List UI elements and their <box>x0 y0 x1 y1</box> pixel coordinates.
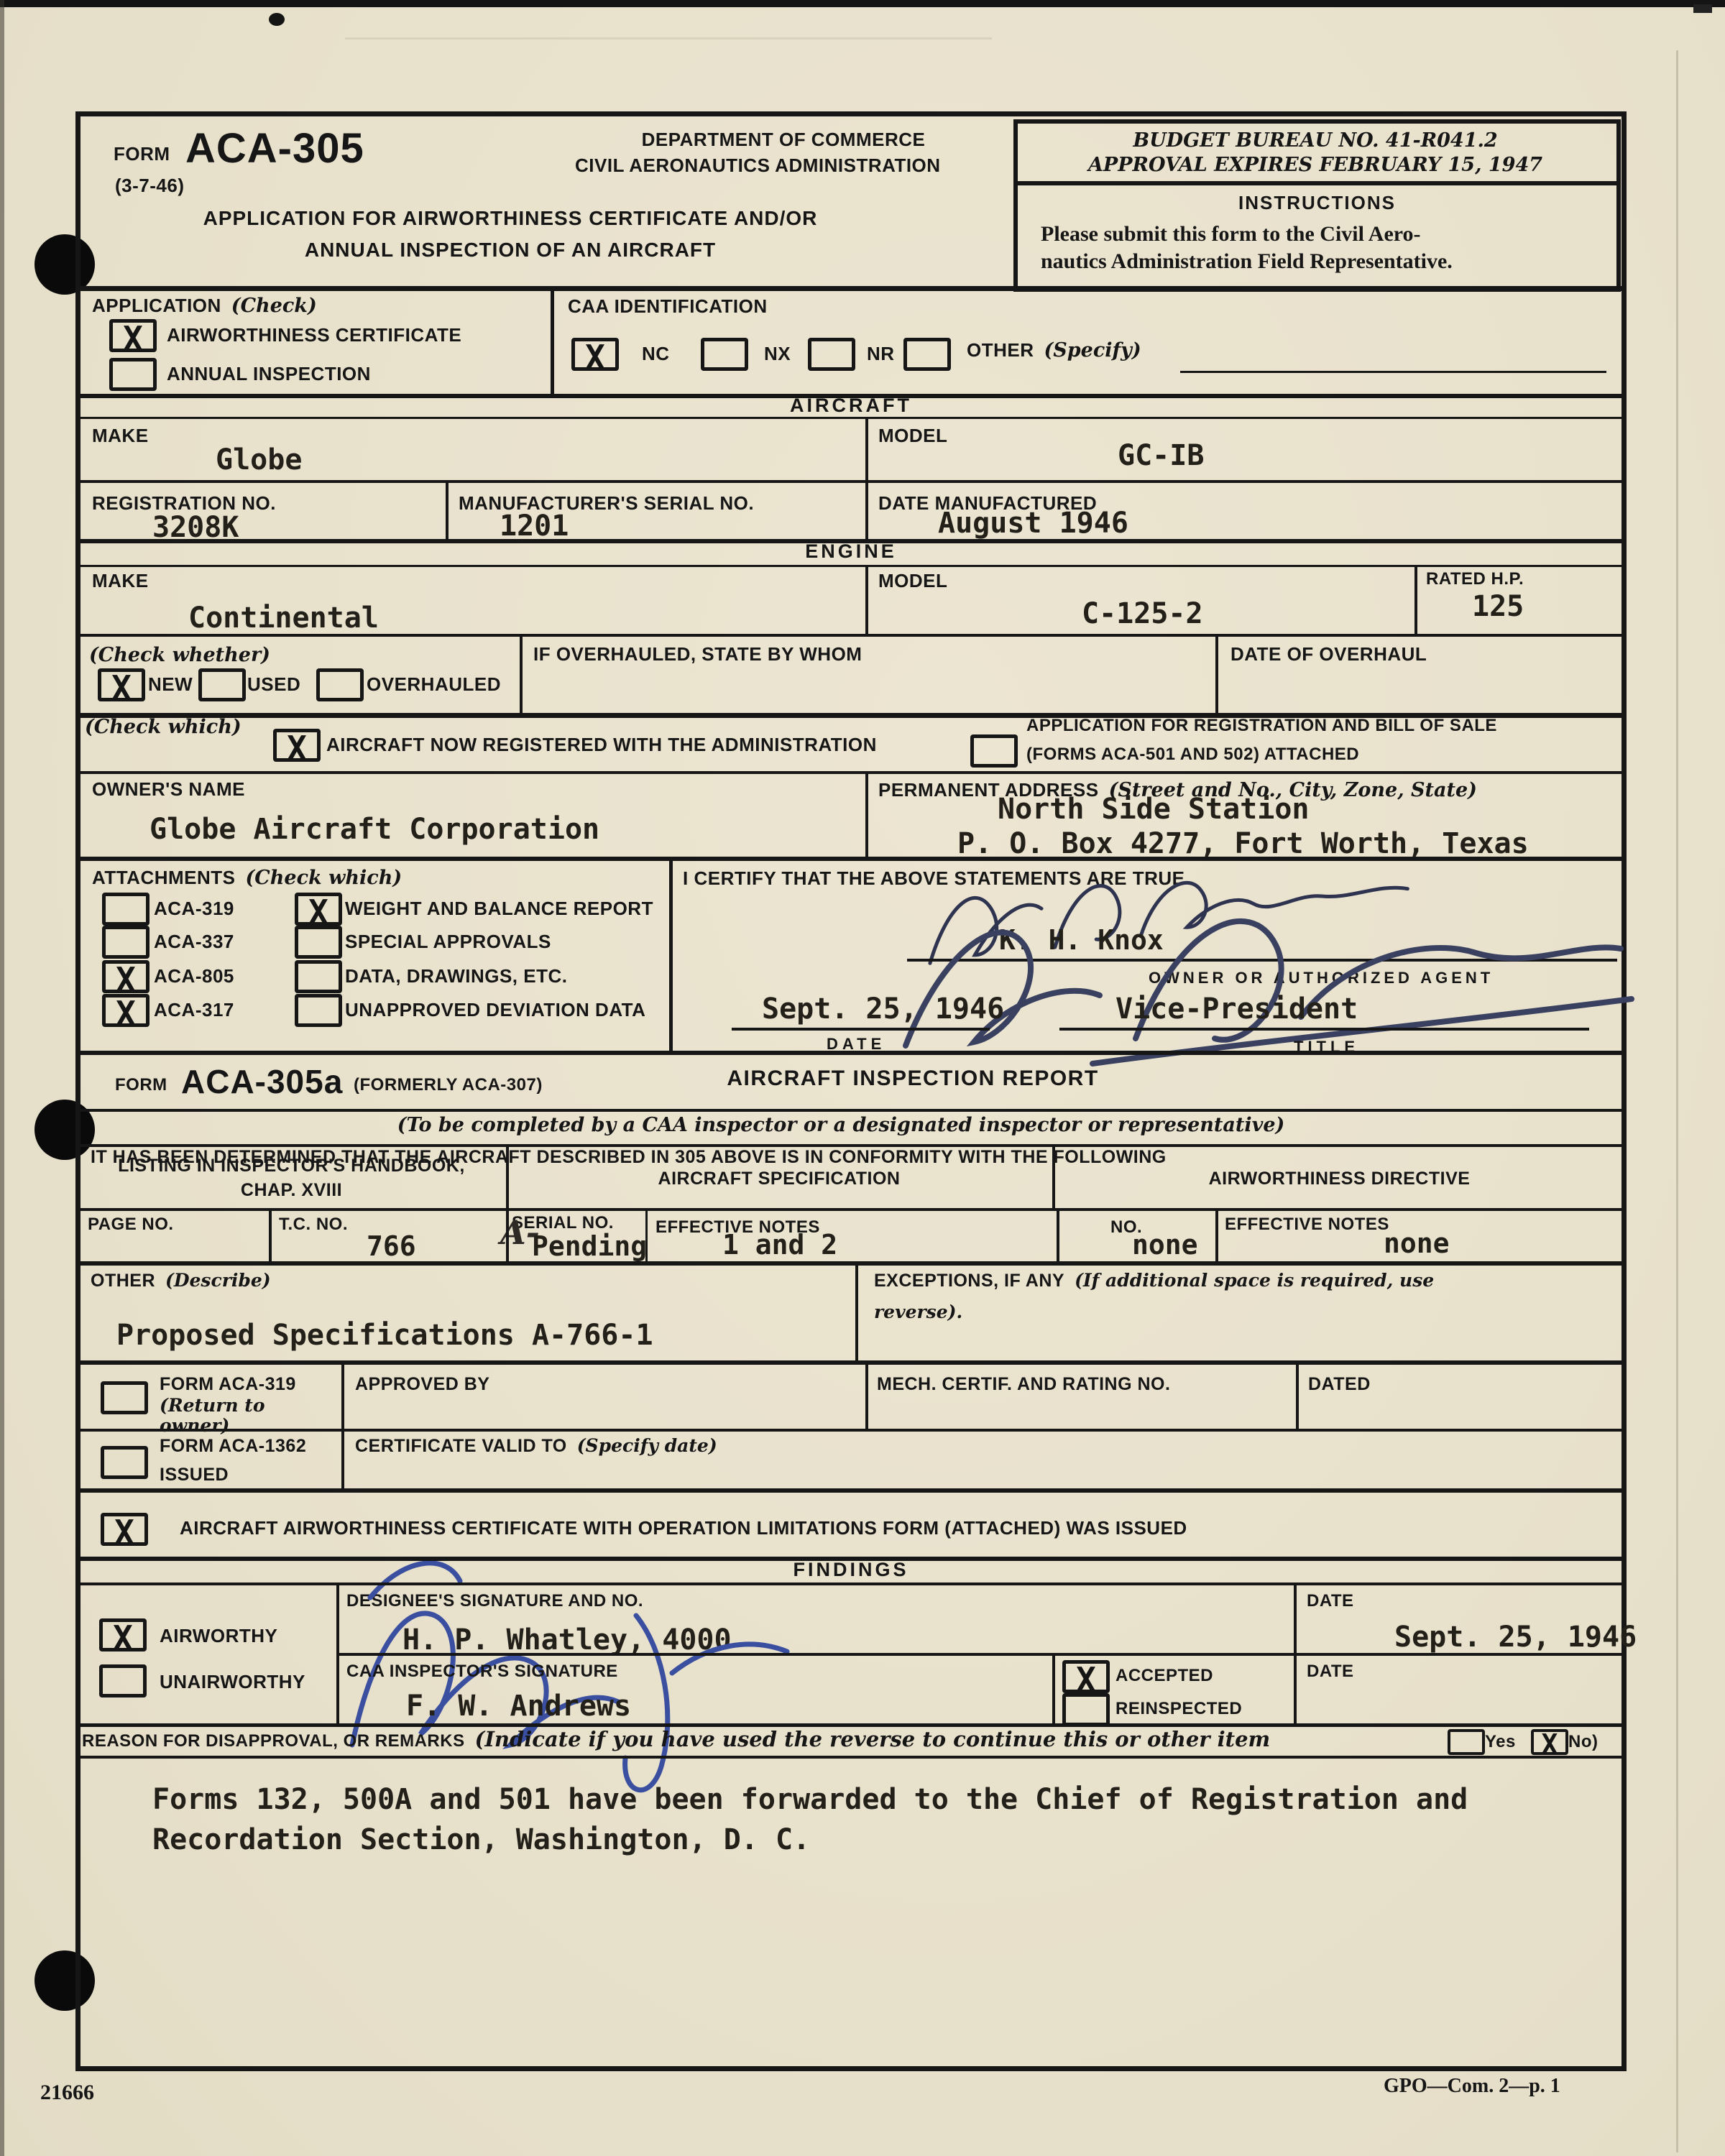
checkmark: X <box>113 1621 133 1654</box>
scan-speck <box>1693 4 1712 13</box>
special-approvals-label: SPECIAL APPROVALS <box>345 931 551 953</box>
divider <box>446 480 448 542</box>
divider <box>75 1109 1627 1112</box>
nr-checkbox[interactable] <box>808 338 855 371</box>
dept-line1: DEPARTMENT OF COMMERCE <box>575 129 992 151</box>
aca-317-checkbox[interactable]: X <box>102 994 149 1027</box>
data-drawings-checkbox[interactable] <box>295 960 342 993</box>
check-whether-note: (Check whether) <box>89 644 270 666</box>
scan-edge-left <box>0 0 4 2156</box>
divider <box>506 1208 509 1264</box>
exceptions-note2: reverse). <box>874 1302 962 1323</box>
form-aca-319-note1: (Return to <box>160 1396 265 1416</box>
divider <box>269 1208 272 1264</box>
accepted-label: ACCEPTED <box>1115 1666 1213 1686</box>
airworthiness-certificate-label: AIRWORTHINESS CERTIFICATE <box>167 325 461 346</box>
divider <box>669 857 673 1054</box>
remarks-no-checkbox[interactable]: X <box>1531 1729 1568 1755</box>
unapproved-deviation-label: UNAPPROVED DEVIATION DATA <box>345 1000 645 1021</box>
footer-gpo: GPO—Com. 2—p. 1 <box>1384 2074 1560 2099</box>
rated-hp-label: RATED H.P. <box>1426 569 1524 589</box>
aca-319-checkbox[interactable] <box>102 893 149 926</box>
inspection-report-title: AIRCRAFT INSPECTION REPORT <box>647 1067 1179 1092</box>
exceptions-label: EXCEPTIONS, IF ANY <box>874 1271 1064 1291</box>
remarks-note: (Indicate if you have used the reverse t… <box>475 1728 1271 1751</box>
annual-inspection-label: ANNUAL INSPECTION <box>167 364 371 385</box>
aca-805-label: ACA-805 <box>154 966 234 987</box>
aca-805-checkbox[interactable]: X <box>102 960 149 993</box>
tc-no-label: T.C. NO. <box>279 1215 348 1235</box>
nr-label: NR <box>867 344 895 365</box>
engine-overhauled-label: OVERHAULED <box>367 674 501 696</box>
form-title-line2: ANNUAL INSPECTION OF AN AIRCRAFT <box>97 239 924 262</box>
certificate-valid-note: (Specify date) <box>577 1436 717 1457</box>
registration-application-line2: (FORMS ACA-501 AND 502) ATTACHED <box>1026 745 1359 765</box>
divider <box>865 480 868 542</box>
form-aca-1362-checkbox[interactable] <box>101 1446 148 1479</box>
certificate-valid-label: CERTIFICATE VALID TO <box>355 1436 567 1457</box>
scanned-form-page: FORM ACA-305 (3-7-46) DEPARTMENT OF COMM… <box>0 0 1725 2156</box>
divider <box>336 1653 1627 1656</box>
form-title-line1: APPLICATION FOR AIRWORTHINESS CERTIFICAT… <box>97 207 924 230</box>
divider <box>645 1208 648 1264</box>
serial-value: Pending <box>532 1232 647 1262</box>
footer-serial: 21666 <box>40 2078 94 2106</box>
form-aca-319-checkbox[interactable] <box>101 1381 148 1414</box>
divider <box>855 1261 858 1363</box>
engine-new-checkbox[interactable]: X <box>98 668 145 701</box>
airworthiness-directive-header: AIRWORTHINESS DIRECTIVE <box>1052 1169 1627 1189</box>
registration-application-line1: APPLICATION FOR REGISTRATION AND BILL OF… <box>1026 716 1497 736</box>
reinspected-checkbox[interactable] <box>1062 1693 1110 1726</box>
scan-edge-top <box>0 0 1725 7</box>
dept-line2: CIVIL AERONAUTICS ADMINISTRATION <box>575 155 941 177</box>
special-approvals-checkbox[interactable] <box>295 926 342 959</box>
directive-notes-value: none <box>1384 1229 1450 1259</box>
aircraft-model-label: MODEL <box>878 425 947 447</box>
page-no-label: PAGE NO. <box>88 1215 174 1235</box>
attachments-note: (Check which) <box>246 867 402 889</box>
divider <box>865 417 868 483</box>
certification-date-value: Sept. 25, 1946 <box>762 993 1004 1025</box>
checkmark: X <box>111 671 132 704</box>
aircraft-make-value: Globe <box>216 444 302 476</box>
agent-signature-smith <box>877 880 1639 1074</box>
other-specify-field[interactable] <box>1180 371 1606 373</box>
mfr-serial-value: 1201 <box>500 510 569 542</box>
form-aca-1362-issued-label: ISSUED <box>160 1465 229 1485</box>
aca-317-label: ACA-317 <box>154 1000 234 1021</box>
unapproved-deviation-checkbox[interactable] <box>295 994 342 1027</box>
divider <box>1294 1583 1297 1726</box>
budget-line1: BUDGET BUREAU NO. 41-R041.2 <box>1021 129 1610 152</box>
divider <box>75 713 1627 718</box>
scan-speck <box>269 13 285 26</box>
remarks-line1: Forms 132, 500A and 501 have been forwar… <box>152 1784 1468 1815</box>
findings-date2-label: DATE <box>1307 1662 1354 1682</box>
checkmark: X <box>123 322 143 355</box>
divider <box>75 1144 1627 1147</box>
airworthy-checkbox[interactable]: X <box>99 1618 147 1651</box>
attachments-label: ATTACHMENTS <box>92 867 236 889</box>
remarks-label: REASON FOR DISAPPROVAL, OR REMARKS <box>82 1731 465 1751</box>
form2-word: FORM <box>115 1075 167 1095</box>
divider <box>75 1583 1627 1585</box>
engine-section-title: ENGINE <box>75 541 1627 563</box>
other-label: OTHER <box>967 340 1034 361</box>
certification-date-field[interactable] <box>732 1028 990 1031</box>
divider <box>75 565 1627 567</box>
remarks-no-label: No) <box>1568 1732 1598 1752</box>
other-label-note: (Specify) <box>1044 339 1141 361</box>
form-aca-1362-label: FORM ACA-1362 <box>160 1436 306 1457</box>
findings-date-label: DATE <box>1307 1591 1354 1611</box>
certification-title-field[interactable] <box>1059 1028 1589 1031</box>
divider <box>75 394 1627 398</box>
divider <box>75 1429 1627 1432</box>
mech-certif-label: MECH. CERTIF. AND RATING NO. <box>877 1374 1170 1395</box>
form2-number: ACA-305a <box>181 1065 343 1098</box>
divider <box>75 857 1627 861</box>
aircraft-registered-checkbox[interactable]: X <box>273 729 321 762</box>
engine-make-label: MAKE <box>92 571 149 592</box>
nc-checkbox[interactable]: X <box>571 338 619 371</box>
engine-used-label: USED <box>247 674 300 696</box>
engine-used-checkbox[interactable] <box>198 668 246 701</box>
application-label-note: (Check) <box>231 295 317 317</box>
divider <box>1215 1208 1218 1264</box>
dated-label: DATED <box>1308 1374 1371 1395</box>
directive-notes-label: EFFECTIVE NOTES <box>1225 1215 1389 1235</box>
instructions-line2: nautics Administration Field Representat… <box>1041 247 1453 275</box>
caa-identification-label: CAA IDENTIFICATION <box>568 296 768 318</box>
engine-make-value: Continental <box>188 602 379 634</box>
checkmark: X <box>116 997 136 1030</box>
divider <box>75 1756 1627 1759</box>
checkmark: X <box>114 1516 134 1549</box>
divider <box>75 634 1627 637</box>
weight-balance-checkbox[interactable]: X <box>295 893 342 926</box>
effective-notes-value: 1 and 2 <box>722 1230 837 1261</box>
divider <box>506 1144 509 1211</box>
budget-line2: APPROVAL EXPIRES FEBRUARY 15, 1947 <box>1021 154 1610 176</box>
caa-inspector-signature-label: CAA INSPECTOR'S SIGNATURE <box>346 1662 618 1682</box>
engine-new-label: NEW <box>148 674 193 696</box>
divider <box>865 565 868 637</box>
airworthiness-issued-checkbox[interactable]: X <box>101 1513 148 1546</box>
date-of-overhaul-label: DATE OF OVERHAUL <box>1230 644 1427 665</box>
instructions-line1: Please submit this form to the Civil Aer… <box>1041 220 1421 248</box>
registration-application-checkbox[interactable] <box>970 734 1018 768</box>
engine-model-value: C-125-2 <box>1082 598 1203 630</box>
aca-337-label: ACA-337 <box>154 931 234 953</box>
checkmark: X <box>287 732 307 765</box>
divider <box>75 1208 1627 1211</box>
divider <box>865 771 868 857</box>
divider <box>1057 1208 1059 1264</box>
divider <box>75 1488 1627 1493</box>
form2-formerly: (FORMERLY ACA-307) <box>354 1075 543 1095</box>
divider <box>75 480 1627 483</box>
divider <box>75 1051 1627 1055</box>
instructions-title: INSTRUCTIONS <box>1013 193 1621 214</box>
divider <box>75 1723 1627 1727</box>
form-aca-319-label: FORM ACA-319 <box>160 1374 296 1395</box>
aca-337-checkbox[interactable] <box>102 926 149 959</box>
form-word: FORM <box>114 144 170 165</box>
findings-section-title: FINDINGS <box>75 1560 1627 1581</box>
data-drawings-label: DATA, DRAWINGS, ETC. <box>345 966 567 987</box>
divider <box>75 1557 1627 1561</box>
aircraft-section-title: AIRCRAFT <box>75 395 1627 417</box>
airworthiness-certificate-checkbox[interactable]: X <box>109 319 157 352</box>
divider <box>341 1360 344 1491</box>
check-which-note: (Check which) <box>85 716 241 738</box>
divider <box>75 771 1627 774</box>
findings-date-value: Sept. 25, 1946 <box>1394 1621 1637 1653</box>
nx-checkbox[interactable] <box>701 338 748 371</box>
listing-header-line1: LISTING IN INSPECTOR'S HANDBOOK, <box>85 1156 498 1176</box>
certification-title-value: Vice-President <box>1115 993 1358 1025</box>
aircraft-model-value: GC-IB <box>1118 440 1204 471</box>
aircraft-make-label: MAKE <box>92 425 149 447</box>
aircraft-spec-header: AIRCRAFT SPECIFICATION <box>506 1169 1052 1189</box>
checkmark: X <box>1076 1663 1096 1696</box>
remarks-yes-checkbox[interactable] <box>1448 1729 1485 1755</box>
rated-hp-value: 125 <box>1472 591 1524 622</box>
overhauled-by-whom-label: IF OVERHAULED, STATE BY WHOM <box>533 644 862 665</box>
divider <box>1414 565 1417 637</box>
checkmark: X <box>308 895 328 929</box>
divider <box>865 1360 868 1432</box>
divider <box>75 539 1627 543</box>
reinspected-label: REINSPECTED <box>1115 1699 1242 1719</box>
approved-by-label: APPROVED BY <box>355 1374 489 1395</box>
divider <box>1052 1653 1055 1726</box>
paper-crease <box>1676 50 1678 2152</box>
directive-no-value: none <box>1132 1230 1198 1261</box>
checkmark: X <box>585 341 605 374</box>
aca-319-label: ACA-319 <box>154 898 234 920</box>
divider <box>1052 1144 1055 1211</box>
annual-inspection-checkbox[interactable] <box>109 358 157 391</box>
remarks-line2: Recordation Section, Washington, D. C. <box>152 1824 810 1856</box>
other-describe-value: Proposed Specifications A-766-1 <box>116 1319 653 1351</box>
other-describe-label: OTHER <box>91 1271 155 1291</box>
checkmark: X <box>116 963 136 996</box>
engine-overhauled-checkbox[interactable] <box>316 668 364 701</box>
owner-name-label: OWNER'S NAME <box>92 779 245 801</box>
divider <box>75 1261 1627 1266</box>
caa-inspector-typed-name: F. W. Andrews <box>406 1690 631 1722</box>
divider <box>336 1583 339 1726</box>
paper-smudge <box>345 37 992 40</box>
tc-no-value: 766 <box>367 1232 416 1262</box>
divider <box>75 286 1627 291</box>
unairworthy-label: UNAIRWORTHY <box>160 1672 305 1693</box>
nx-label: NX <box>764 344 791 365</box>
divider <box>75 417 1627 419</box>
form-number: ACA-305 <box>185 128 364 170</box>
listing-header-line2: CHAP. XVIII <box>85 1180 498 1201</box>
form-revision-date: (3-7-46) <box>115 175 184 197</box>
weight-balance-label: WEIGHT AND BALANCE REPORT <box>345 898 653 920</box>
divider <box>1296 1360 1299 1432</box>
owner-name-value: Globe Aircraft Corporation <box>149 814 599 845</box>
unairworthy-checkbox[interactable] <box>99 1664 147 1697</box>
divider <box>520 634 523 716</box>
remarks-yes-label: Yes <box>1485 1732 1516 1752</box>
date-manufactured-value: August 1946 <box>938 507 1128 539</box>
nc-label: NC <box>642 344 670 365</box>
divider <box>75 1360 1627 1365</box>
divider <box>551 286 554 394</box>
checkmark: X <box>1542 1731 1558 1758</box>
application-label: APPLICATION <box>92 295 221 317</box>
inspection-report-subtitle: (To be completed by a CAA inspector or a… <box>216 1114 1466 1136</box>
accepted-checkbox[interactable]: X <box>1062 1660 1110 1693</box>
address-line1: North Side Station <box>998 793 1309 825</box>
other-checkbox[interactable] <box>903 338 951 371</box>
aircraft-registered-label: AIRCRAFT NOW REGISTERED WITH THE ADMINIS… <box>326 734 877 756</box>
form-aca-319-note2: owner) <box>160 1416 229 1437</box>
divider <box>1215 634 1218 716</box>
airworthy-label: AIRWORTHY <box>160 1626 277 1647</box>
exceptions-note1: (If additional space is required, use <box>1075 1271 1434 1291</box>
other-describe-note: (Describe) <box>165 1271 271 1291</box>
engine-model-label: MODEL <box>878 571 947 592</box>
